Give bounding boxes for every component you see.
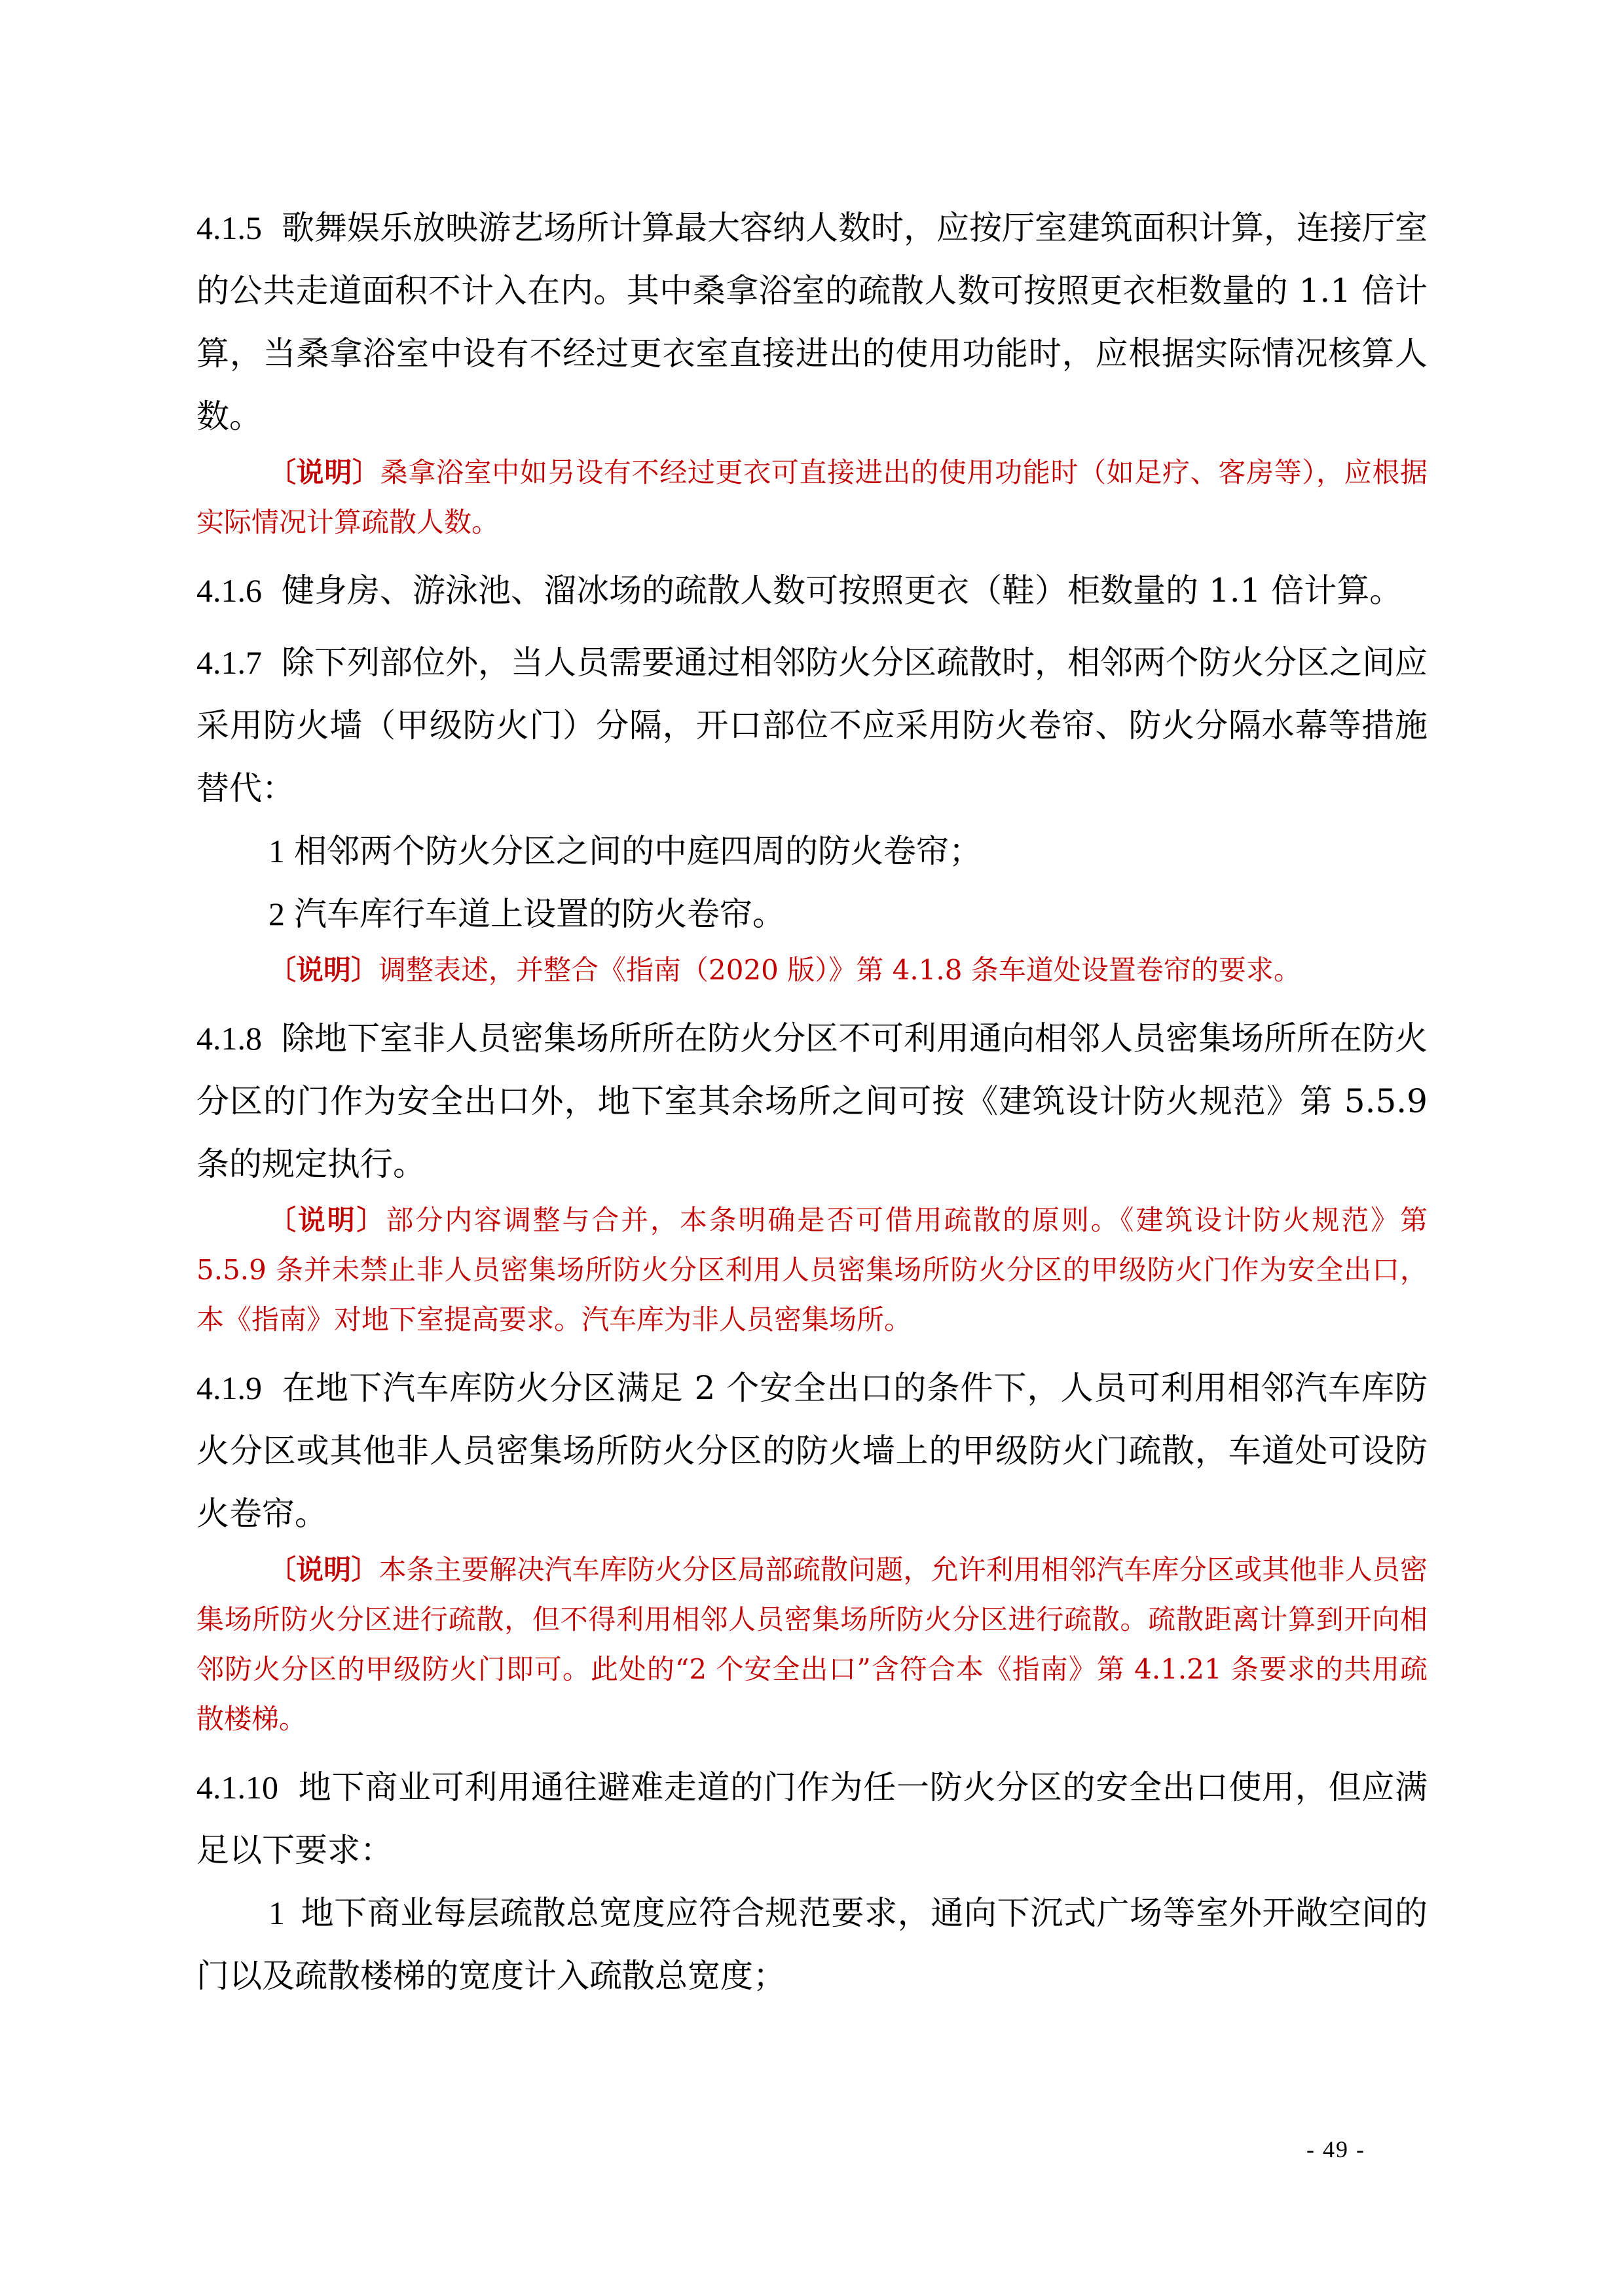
clause-number: 4.1.5 — [196, 210, 262, 246]
list-item: 2汽车库行车道上设置的防火卷帘。 — [196, 883, 1428, 945]
note-4-1-9: 〔说明〕本条主要解决汽车库防火分区局部疏散问题，允许利用相邻汽车库分区或其他非人… — [196, 1545, 1428, 1744]
clause-4-1-5: 4.1.5歌舞娱乐放映游艺场所计算最大容纳人数时，应按厅室建筑面积计算，连接厅室… — [196, 196, 1428, 448]
clause-number: 4.1.10 — [196, 1769, 278, 1806]
clause-text: 除下列部位外，当人员需要通过相邻防火分区疏散时，相邻两个防火分区之间应采用防火墙… — [196, 644, 1428, 807]
list-item: 1地下商业每层疏散总宽度应符合规范要求，通向下沉式广场等室外开敞空间的门以及疏散… — [196, 1882, 1428, 2007]
note-text: 桑拿浴室中如另设有不经过更衣可直接进出的使用功能时（如足疗、客房等），应根据实际… — [196, 456, 1428, 538]
note-tag: 〔说明〕 — [268, 456, 380, 488]
clause-4-1-7: 4.1.7除下列部位外，当人员需要通过相邻防火分区疏散时，相邻两个防火分区之间应… — [196, 631, 1428, 820]
list-item: 1相邻两个防火分区之间的中庭四周的防火卷帘； — [196, 820, 1428, 883]
note-4-1-5: 〔说明〕桑拿浴室中如另设有不经过更衣可直接进出的使用功能时（如足疗、客房等），应… — [196, 448, 1428, 547]
list-item-text: 地下商业每层疏散总宽度应符合规范要求，通向下沉式广场等室外开敞空间的门以及疏散楼… — [196, 1894, 1428, 1995]
clause-4-1-10: 4.1.10地下商业可利用通往避难走道的门作为任一防火分区的安全出口使用，但应满… — [196, 1756, 1428, 1882]
clause-number: 4.1.8 — [196, 1020, 262, 1057]
document-page-body: 4.1.5歌舞娱乐放映游艺场所计算最大容纳人数时，应按厅室建筑面积计算，连接厅室… — [196, 196, 1428, 2007]
clause-number: 4.1.7 — [196, 644, 262, 681]
note-4-1-7: 〔说明〕调整表述，并整合《指南（2020 版）》第 4.1.8 条车道处设置卷帘… — [196, 945, 1428, 995]
clause-text: 健身房、游泳池、溜冰场的疏散人数可按照更衣（鞋）柜数量的 1.1 倍计算。 — [282, 572, 1402, 610]
note-text: 调整表述，并整合《指南（2020 版）》第 4.1.8 条车道处设置卷帘的要求。 — [378, 954, 1301, 986]
clause-text: 在地下汽车库防火分区满足 2 个安全出口的条件下，人员可利用相邻汽车库防火分区或… — [196, 1369, 1428, 1533]
note-text: 本条主要解决汽车库防火分区局部疏散问题，允许利用相邻汽车库分区或其他非人员密集场… — [196, 1554, 1428, 1735]
page-number: - 49 - — [1306, 2136, 1365, 2163]
note-tag: 〔说明〕 — [268, 1204, 386, 1236]
clause-4-1-8: 4.1.8除地下室非人员密集场所所在防火分区不可利用通向相邻人员密集场所所在防火… — [196, 1007, 1428, 1195]
list-item-number: 1 — [268, 1895, 285, 1931]
note-tag: 〔说明〕 — [268, 1554, 379, 1586]
clause-4-1-6: 4.1.6健身房、游泳池、溜冰场的疏散人数可按照更衣（鞋）柜数量的 1.1 倍计… — [196, 559, 1428, 622]
clause-text: 歌舞娱乐放映游艺场所计算最大容纳人数时，应按厅室建筑面积计算，连接厅室的公共走道… — [196, 209, 1428, 435]
list-item-text: 相邻两个防火分区之间的中庭四周的防火卷帘； — [294, 832, 982, 870]
clause-text: 地下商业可利用通往避难走道的门作为任一防火分区的安全出口使用，但应满足以下要求： — [196, 1768, 1428, 1869]
note-tag: 〔说明〕 — [268, 954, 378, 986]
list-item-text: 汽车库行车道上设置的防火卷帘。 — [294, 895, 785, 933]
clause-4-1-9: 4.1.9在地下汽车库防火分区满足 2 个安全出口的条件下，人员可利用相邻汽车库… — [196, 1357, 1428, 1545]
list-item-number: 2 — [268, 896, 285, 932]
clause-text: 除地下室非人员密集场所所在防火分区不可利用通向相邻人员密集场所所在防火分区的门作… — [196, 1019, 1428, 1183]
note-4-1-8: 〔说明〕部分内容调整与合并，本条明确是否可借用疏散的原则。《建筑设计防火规范》第… — [196, 1195, 1428, 1345]
list-item-number: 1 — [268, 833, 285, 869]
clause-number: 4.1.6 — [196, 572, 262, 609]
clause-number: 4.1.9 — [196, 1370, 262, 1406]
